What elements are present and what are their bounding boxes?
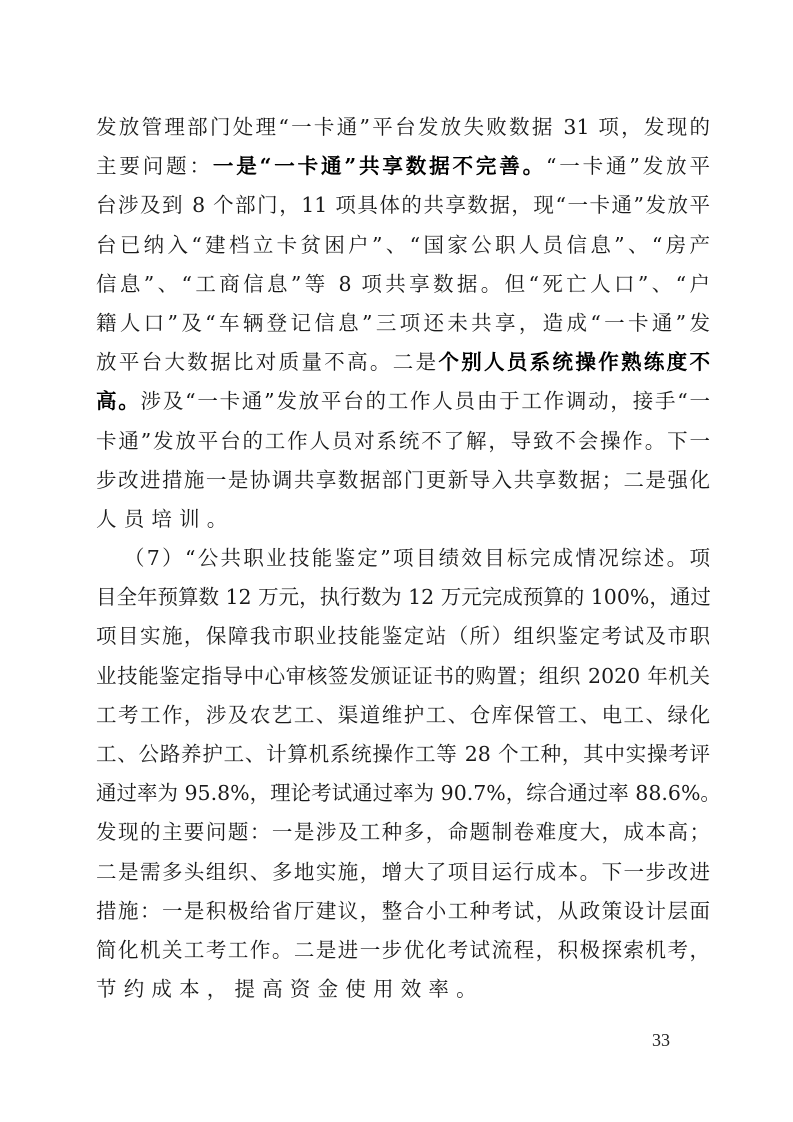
text: 涉及“一卡通”发放平台的工作人员由于工作调动，接手“一: [141, 389, 710, 413]
text-line: 发放管理部门处理“一卡通”平台发放失败数据 31 项，发现的: [96, 108, 710, 147]
text: 台已纳入“建档立卡贫困户”、“国家公职人员信息”、“房产: [96, 233, 710, 257]
text-line: 发现的主要问题：一是涉及工种多，命题制卷难度大，成本高；: [96, 813, 710, 852]
bold-text: 高。: [96, 389, 141, 413]
text: 放平台大数据比对质量不高。二是: [96, 350, 438, 374]
text-line: 高。涉及“一卡通”发放平台的工作人员由于工作调动，接手“一: [96, 382, 710, 421]
text-line: 项目实施，保障我市职业技能鉴定站（所）组织鉴定考试及市职: [96, 617, 710, 656]
text: 工、公路养护工、计算机系统操作工等 28 个工种，其中实操考评: [96, 742, 710, 766]
text-line: 放平台大数据比对质量不高。二是个别人员系统操作熟练度不: [96, 343, 710, 382]
text: 人员培训。: [96, 507, 235, 531]
text: 项目实施，保障我市职业技能鉴定站（所）组织鉴定考试及市职: [96, 624, 710, 648]
text: 步改进措施一是协调共享数据部门更新导入共享数据；二是强化: [96, 468, 710, 492]
text: 业技能鉴定指导中心审核签发颁证证书的购置；组织 2020 年机关: [96, 664, 710, 688]
paragraph-skills-appraisal: （7）“公共职业技能鉴定”项目绩效目标完成情况综述。项目全年预算数 12 万元，…: [96, 539, 710, 1009]
page-number: 33: [652, 1030, 670, 1051]
text: 主要问题：: [96, 154, 213, 178]
text-line: 简化机关工考工作。二是进一步优化考试流程，积极探索机考，: [96, 931, 710, 970]
text-line: 人员培训。: [96, 500, 710, 539]
text-line: 信息”、“工商信息”等 8 项共享数据。但“死亡人口”、“户: [96, 265, 710, 304]
text-line: 工、公路养护工、计算机系统操作工等 28 个工种，其中实操考评: [96, 735, 710, 774]
text: 目全年预算数 12 万元，执行数为 12 万元完成预算的 100%，通过: [96, 585, 711, 609]
text-line: 台涉及到 8 个部门，11 项具体的共享数据，现“一卡通”发放平: [96, 186, 710, 225]
text-line: 节约成本，提高资金使用效率。: [96, 970, 710, 1009]
text-line: 主要问题：一是“一卡通”共享数据不完善。“一卡通”发放平: [96, 147, 710, 186]
text: 籍人口”及“车辆登记信息”三项还未共享，造成“一卡通”发: [96, 311, 710, 335]
text-line: 措施：一是积极给省厅建议，整合小工种考试，从政策设计层面: [96, 892, 710, 931]
text: 措施：一是积极给省厅建议，整合小工种考试，从政策设计层面: [96, 899, 710, 923]
text-line: 籍人口”及“车辆登记信息”三项还未共享，造成“一卡通”发: [96, 304, 710, 343]
text-line: 目全年预算数 12 万元，执行数为 12 万元完成预算的 100%，通过: [96, 578, 710, 617]
bold-text: 个别人员系统操作熟练度不: [438, 350, 710, 374]
text-line: 台已纳入“建档立卡贫困户”、“国家公职人员信息”、“房产: [96, 226, 710, 265]
text: 台涉及到 8 个部门，11 项具体的共享数据，现“一卡通”发放平: [96, 193, 710, 217]
text-line: 工考工作，涉及农艺工、渠道维护工、仓库保管工、电工、绿化: [96, 696, 710, 735]
document-body: 发放管理部门处理“一卡通”平台发放失败数据 31 项，发现的主要问题：一是“一卡…: [96, 108, 710, 1009]
text-line: （7）“公共职业技能鉴定”项目绩效目标完成情况综述。项: [96, 539, 710, 578]
text-line: 通过率为 95.8%，理论考试通过率为 90.7%，综合通过率 88.6%。: [96, 774, 710, 813]
text: “一卡通”发放平: [546, 154, 710, 178]
text: 工考工作，涉及农艺工、渠道维护工、仓库保管工、电工、绿化: [96, 703, 710, 727]
text: （7）“公共职业技能鉴定”项目绩效目标完成情况综述。项: [124, 546, 710, 570]
text: 信息”、“工商信息”等 8 项共享数据。但“死亡人口”、“户: [96, 272, 710, 296]
text-line: 二是需多头组织、多地实施，增大了项目运行成本。下一步改进: [96, 853, 710, 892]
text: 卡通”发放平台的工作人员对系统不了解，导致不会操作。下一: [96, 429, 710, 453]
text: 简化机关工考工作。二是进一步优化考试流程，积极探索机考，: [96, 938, 710, 962]
text: 节约成本，提高资金使用效率。: [96, 977, 484, 1001]
text: 发放管理部门处理“一卡通”平台发放失败数据 31 项，发现的: [96, 115, 710, 139]
text: 二是需多头组织、多地实施，增大了项目运行成本。下一步改进: [96, 860, 710, 884]
text: 发现的主要问题：一是涉及工种多，命题制卷难度大，成本高；: [96, 820, 710, 844]
bold-text: 一是“一卡通”共享数据不完善。: [213, 154, 546, 178]
text: 通过率为 95.8%，理论考试通过率为 90.7%，综合通过率 88.6%。: [96, 781, 721, 805]
text-line: 卡通”发放平台的工作人员对系统不了解，导致不会操作。下一: [96, 422, 710, 461]
text-line: 步改进措施一是协调共享数据部门更新导入共享数据；二是强化: [96, 461, 710, 500]
paragraph-yikatong-issues: 发放管理部门处理“一卡通”平台发放失败数据 31 项，发现的主要问题：一是“一卡…: [96, 108, 710, 539]
text-line: 业技能鉴定指导中心审核签发颁证证书的购置；组织 2020 年机关: [96, 657, 710, 696]
